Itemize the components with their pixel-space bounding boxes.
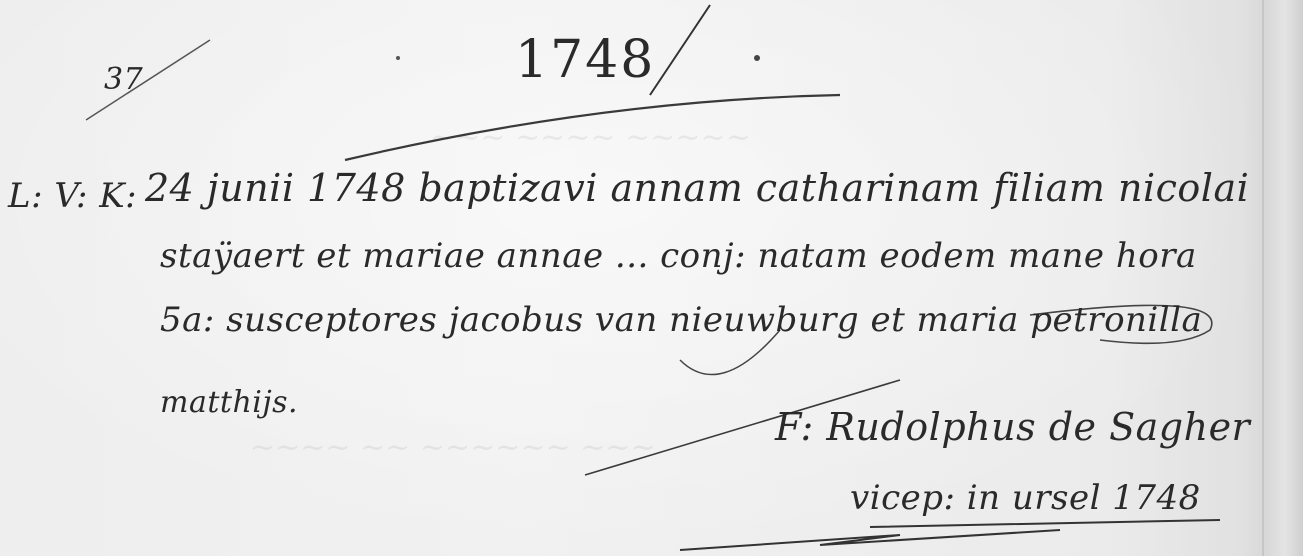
entry-line-3: 5a: susceptores jacobus van nieuwburg et…: [160, 300, 1202, 340]
heading-year: 1748: [515, 30, 655, 90]
entry-line-4: matthijs.: [160, 385, 298, 420]
entry-line-1: 24 junii 1748 baptizavi annam catharinam…: [145, 166, 1249, 210]
entry-line-2: staÿaert et mariae annae ... conj: natam…: [160, 236, 1197, 276]
folio-number: 37: [104, 62, 143, 97]
margin-note: L: V: K:: [8, 176, 137, 216]
signature-name: F: Rudolphus de Sagher: [775, 405, 1250, 449]
signature-title: vicep: in ursel 1748: [850, 478, 1201, 518]
manuscript-page: ~~~ ~~~~ ~~~~~ ~~~~ ~~ ~~~~~~ ~~~ 37 174…: [0, 0, 1303, 556]
